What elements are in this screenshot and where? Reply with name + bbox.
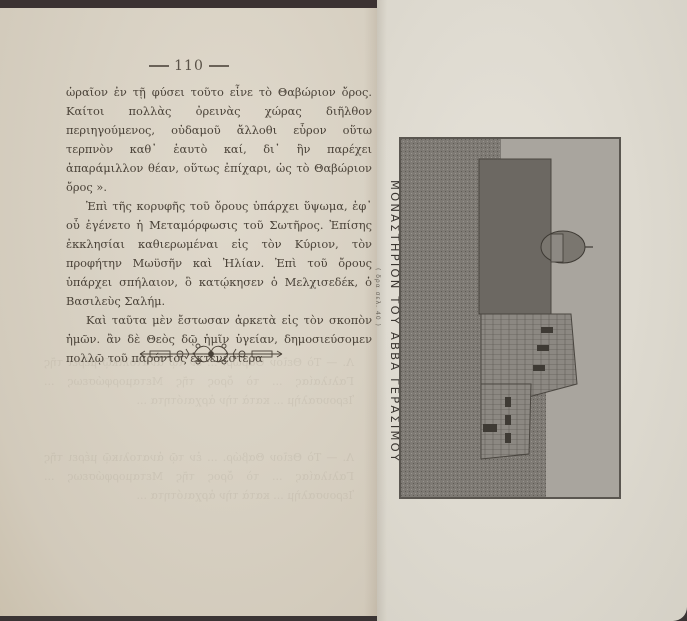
left-page: Λ. — Τὸ Θεῖον Θαβώρ. ... ἐν τῷ ἀνατολικῷ…	[0, 8, 378, 616]
paragraph-1: ὡραῖον ἐν τῇ φύσει τοῦτο εἶνε τὸ Θαβώριο…	[66, 83, 372, 197]
bleed-through-text-lower: Λ. — Τὸ Θεῖον Θαβώρ. ... ἐν τῷ ἀνατολικῷ…	[44, 448, 354, 505]
page-number-value: 110	[174, 58, 204, 74]
plate-subcaption: ( ὅρα σελ. 40 )	[374, 268, 381, 327]
body-text: ὡραῖον ἐν τῇ φύσει τοῦτο εἶνε τὸ Θαβώριο…	[66, 83, 372, 368]
dash-right	[209, 65, 229, 67]
monastery-engraving	[399, 137, 621, 499]
dash-left	[149, 65, 169, 67]
monastery-image-icon	[401, 139, 619, 497]
page-number: 110	[0, 58, 378, 74]
paragraph-2: Ἐπὶ τῆς κορυφῆς τοῦ ὄρους ὑπάρχει ὕψωμα,…	[66, 197, 372, 311]
fleuron-ornament-icon	[136, 341, 286, 367]
